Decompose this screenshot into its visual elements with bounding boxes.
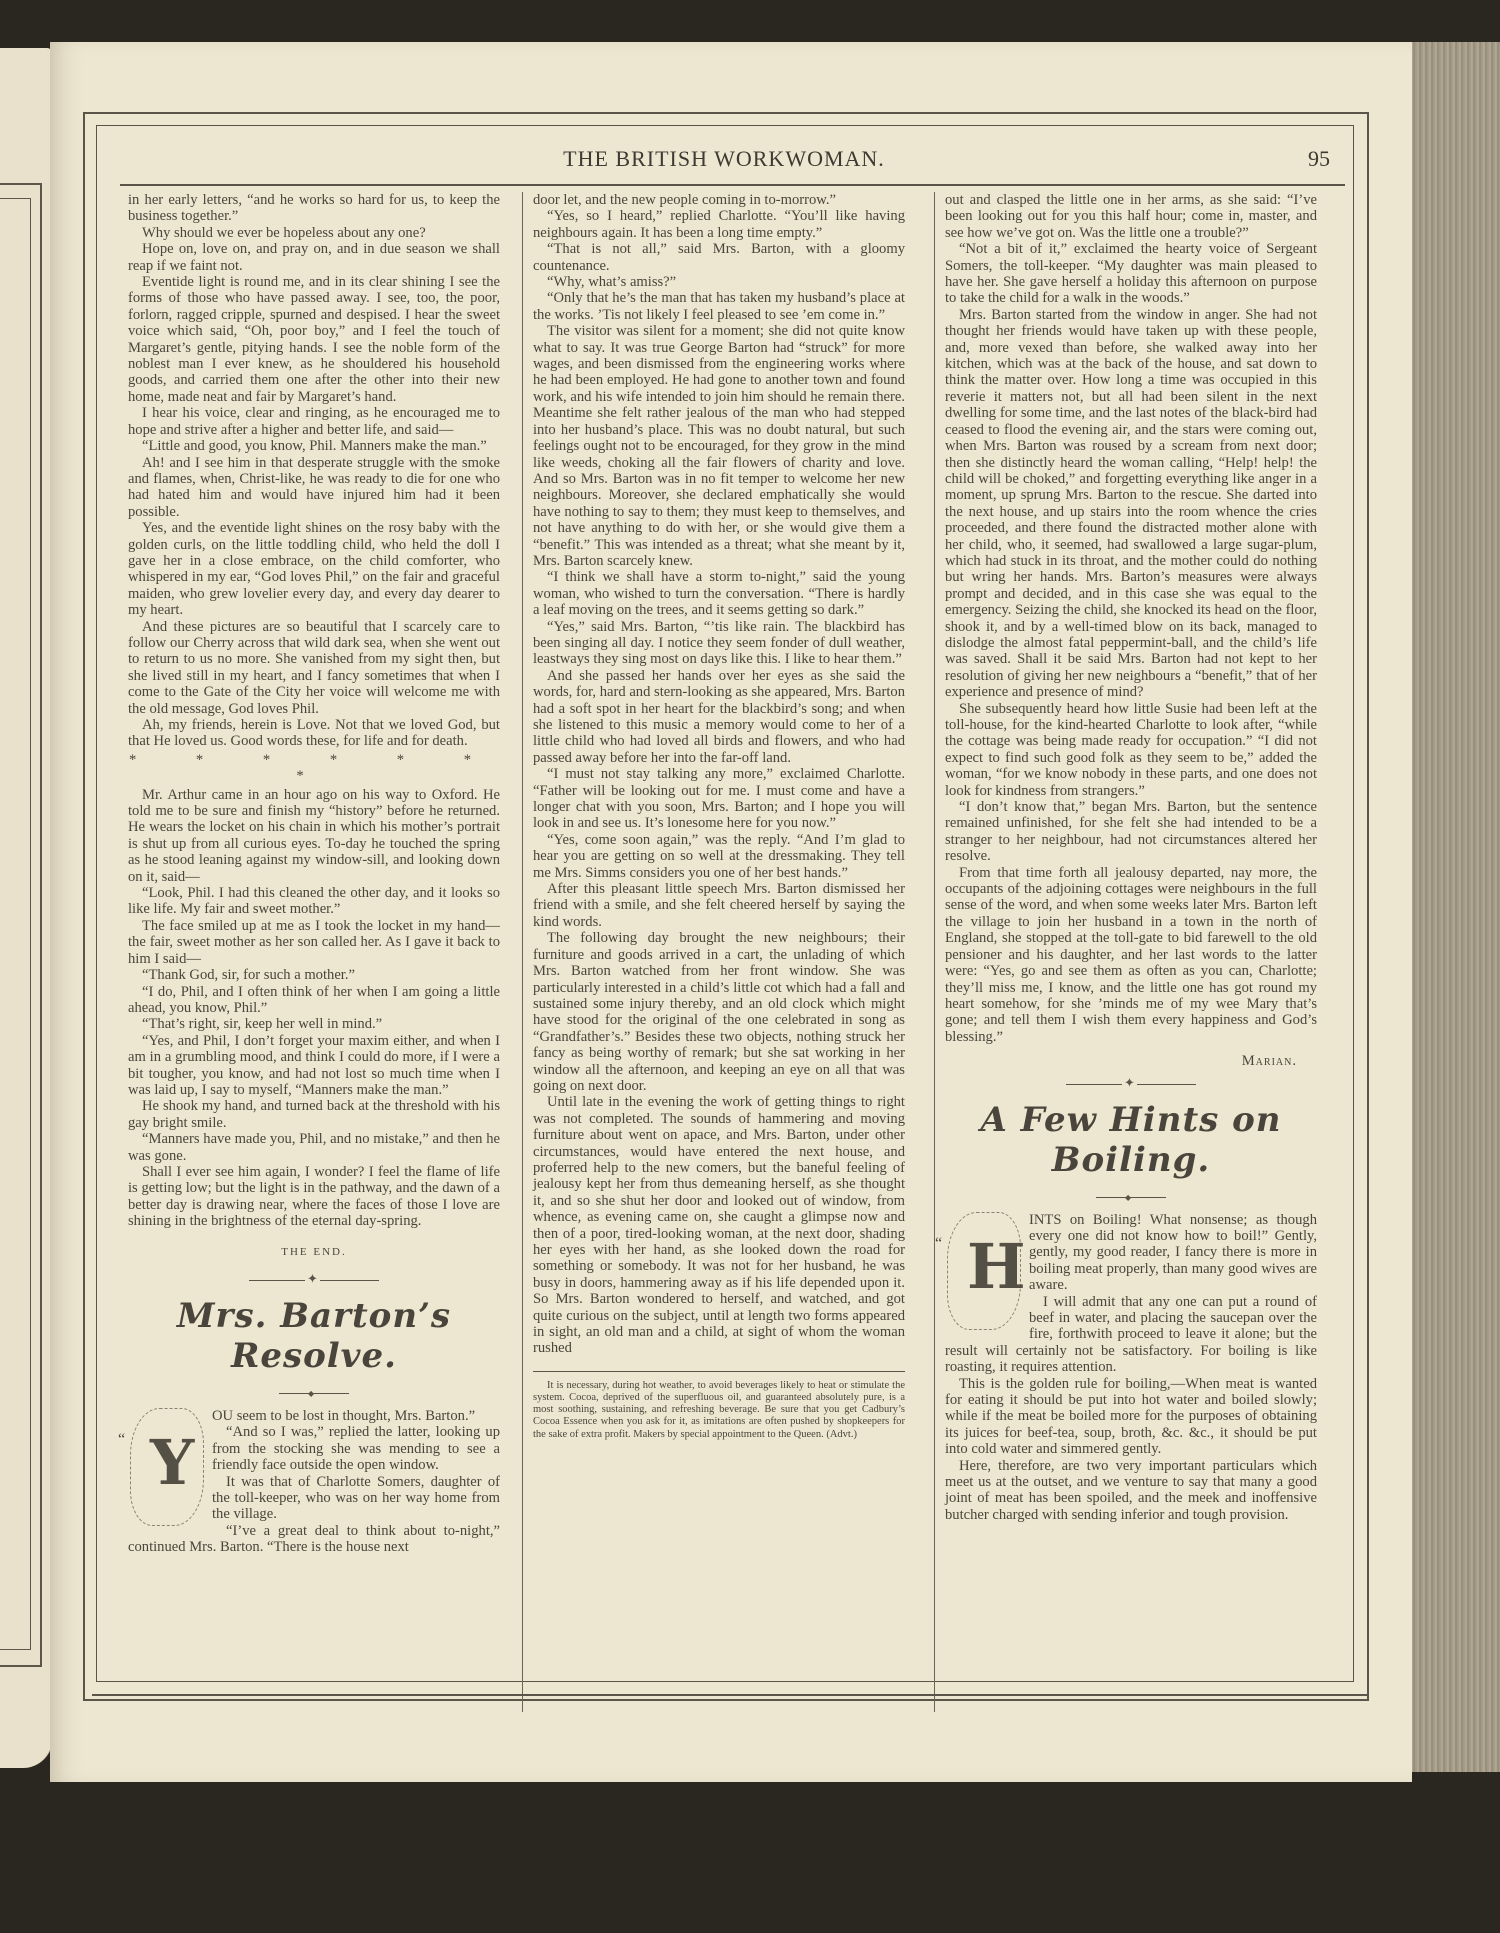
paragraph: Ah! and I see him in that desperate stru… [128, 455, 500, 521]
magazine-page: THE BRITISH WORKWOMAN. 95 in her early l… [50, 42, 1412, 1782]
ornamental-divider-icon [249, 1276, 379, 1286]
paragraph: Yes, and the eventide light shines on th… [128, 520, 500, 618]
paragraph: “Not a bit of it,” exclaimed the hearty … [945, 241, 1317, 307]
article-opening: “ H INTS on Boiling! What nonsense; as t… [945, 1212, 1317, 1524]
article-title-hints-on-boiling: A Few Hints on Boiling. [945, 1100, 1317, 1180]
small-ornament-icon [279, 1390, 349, 1398]
paragraph: Why should we ever be hopeless about any… [128, 225, 500, 241]
the-end-label: THE END. [128, 1244, 500, 1260]
paragraph: “Look, Phil. I had this cleaned the othe… [128, 885, 500, 918]
dropcap-letter: H [967, 1232, 1026, 1302]
small-ornament-icon [1096, 1194, 1166, 1202]
paragraph: “Only that he’s the man that has taken m… [533, 290, 905, 323]
paragraph: “Yes, so I heard,” replied Charlotte. “Y… [533, 208, 905, 241]
facing-page-edge [0, 48, 53, 1768]
running-title: THE BRITISH WORKWOMAN. [96, 146, 1352, 172]
section-break-asterisks: * * * * * * * [128, 752, 500, 785]
paragraph: “That’s right, sir, keep her well in min… [128, 1016, 500, 1032]
column-divider [934, 192, 935, 1712]
paragraph: “Yes,” said Mrs. Barton, “’tis like rain… [533, 619, 905, 668]
paragraph: “Yes, and Phil, I don’t forget your maxi… [128, 1033, 500, 1099]
article-title-mrs-bartons-resolve: Mrs. Barton’s Resolve. [128, 1296, 500, 1376]
bottom-rule [92, 1694, 1367, 1696]
paragraph: The face smiled up at me as I took the l… [128, 918, 500, 967]
ornamental-divider-icon [1066, 1080, 1196, 1090]
column-divider [522, 192, 523, 1712]
paragraph: Until late in the evening the work of ge… [533, 1094, 905, 1357]
facing-page-inner-frame [0, 198, 31, 1650]
column-2: door let, and the new people coming in t… [533, 192, 905, 1441]
paragraph: Shall I ever see him again, I wonder? I … [128, 1164, 500, 1230]
author-signature: Marian. [945, 1053, 1297, 1069]
paragraph: “Little and good, you know, Phil. Manner… [128, 438, 500, 454]
paragraph: door let, and the new people coming in t… [533, 192, 905, 208]
paragraph: out and clasped the little one in her ar… [945, 192, 1317, 241]
paragraph: “Why, what’s amiss?” [533, 274, 905, 290]
dropcap-quote: “ [935, 1236, 942, 1252]
paragraph: Mrs. Barton started from the window in a… [945, 307, 1317, 701]
header-rule [120, 184, 1345, 186]
paragraph: Eventide light is round me, and in its c… [128, 274, 500, 405]
paragraph: “I think we shall have a storm to-night,… [533, 569, 905, 618]
decorated-dropcap-icon: “ Y [128, 1408, 206, 1526]
paragraph: “I don’t know that,” began Mrs. Barton, … [945, 799, 1317, 865]
paragraph: This is the golden rule for boiling,—Whe… [945, 1376, 1317, 1458]
paragraph: “Yes, come soon again,” was the reply. “… [533, 832, 905, 881]
paragraph: “I do, Phil, and I often think of her wh… [128, 984, 500, 1017]
paragraph: I hear his voice, clear and ringing, as … [128, 405, 500, 438]
paragraph: She subsequently heard how little Susie … [945, 701, 1317, 799]
paragraph: in her early letters, “and he works so h… [128, 192, 500, 225]
decorated-dropcap-icon: “ H [945, 1212, 1023, 1330]
page-number: 95 [1308, 146, 1330, 172]
paragraph: After this pleasant little speech Mrs. B… [533, 881, 905, 930]
article-opening: “ Y OU seem to be lost in thought, Mrs. … [128, 1408, 500, 1556]
paragraph: And these pictures are so beautiful that… [128, 619, 500, 717]
running-head: THE BRITISH WORKWOMAN. 95 [96, 142, 1352, 182]
dropcap-letter: Y [150, 1428, 194, 1498]
paragraph: “That is not all,” said Mrs. Barton, wit… [533, 241, 905, 274]
paragraph: Ah, my friends, herein is Love. Not that… [128, 717, 500, 750]
book-fore-edge [1410, 42, 1500, 1772]
paragraph: Hope on, love on, and pray on, and in du… [128, 241, 500, 274]
dropcap-quote: “ [118, 1432, 125, 1448]
column-3: out and clasped the little one in her ar… [945, 192, 1317, 1523]
paragraph: “Thank God, sir, for such a mother.” [128, 967, 500, 983]
paragraph: “Manners have made you, Phil, and no mis… [128, 1131, 500, 1164]
column-1: in her early letters, “and he works so h… [128, 192, 500, 1556]
cocoa-advertisement: It is necessary, during hot weather, to … [533, 1371, 905, 1441]
paragraph: “I must not stay talking any more,” excl… [533, 766, 905, 832]
paragraph: The following day brought the new neighb… [533, 930, 905, 1094]
paragraph: The visitor was silent for a moment; she… [533, 323, 905, 569]
paragraph: “I’ve a great deal to think about to-nig… [128, 1523, 500, 1556]
paragraph: Here, therefore, are two very important … [945, 1458, 1317, 1524]
paragraph: Mr. Arthur came in an hour ago on his wa… [128, 787, 500, 885]
paragraph: He shook my hand, and turned back at the… [128, 1098, 500, 1131]
paragraph: From that time forth all jealousy depart… [945, 865, 1317, 1045]
paragraph: And she passed her hands over her eyes a… [533, 668, 905, 766]
